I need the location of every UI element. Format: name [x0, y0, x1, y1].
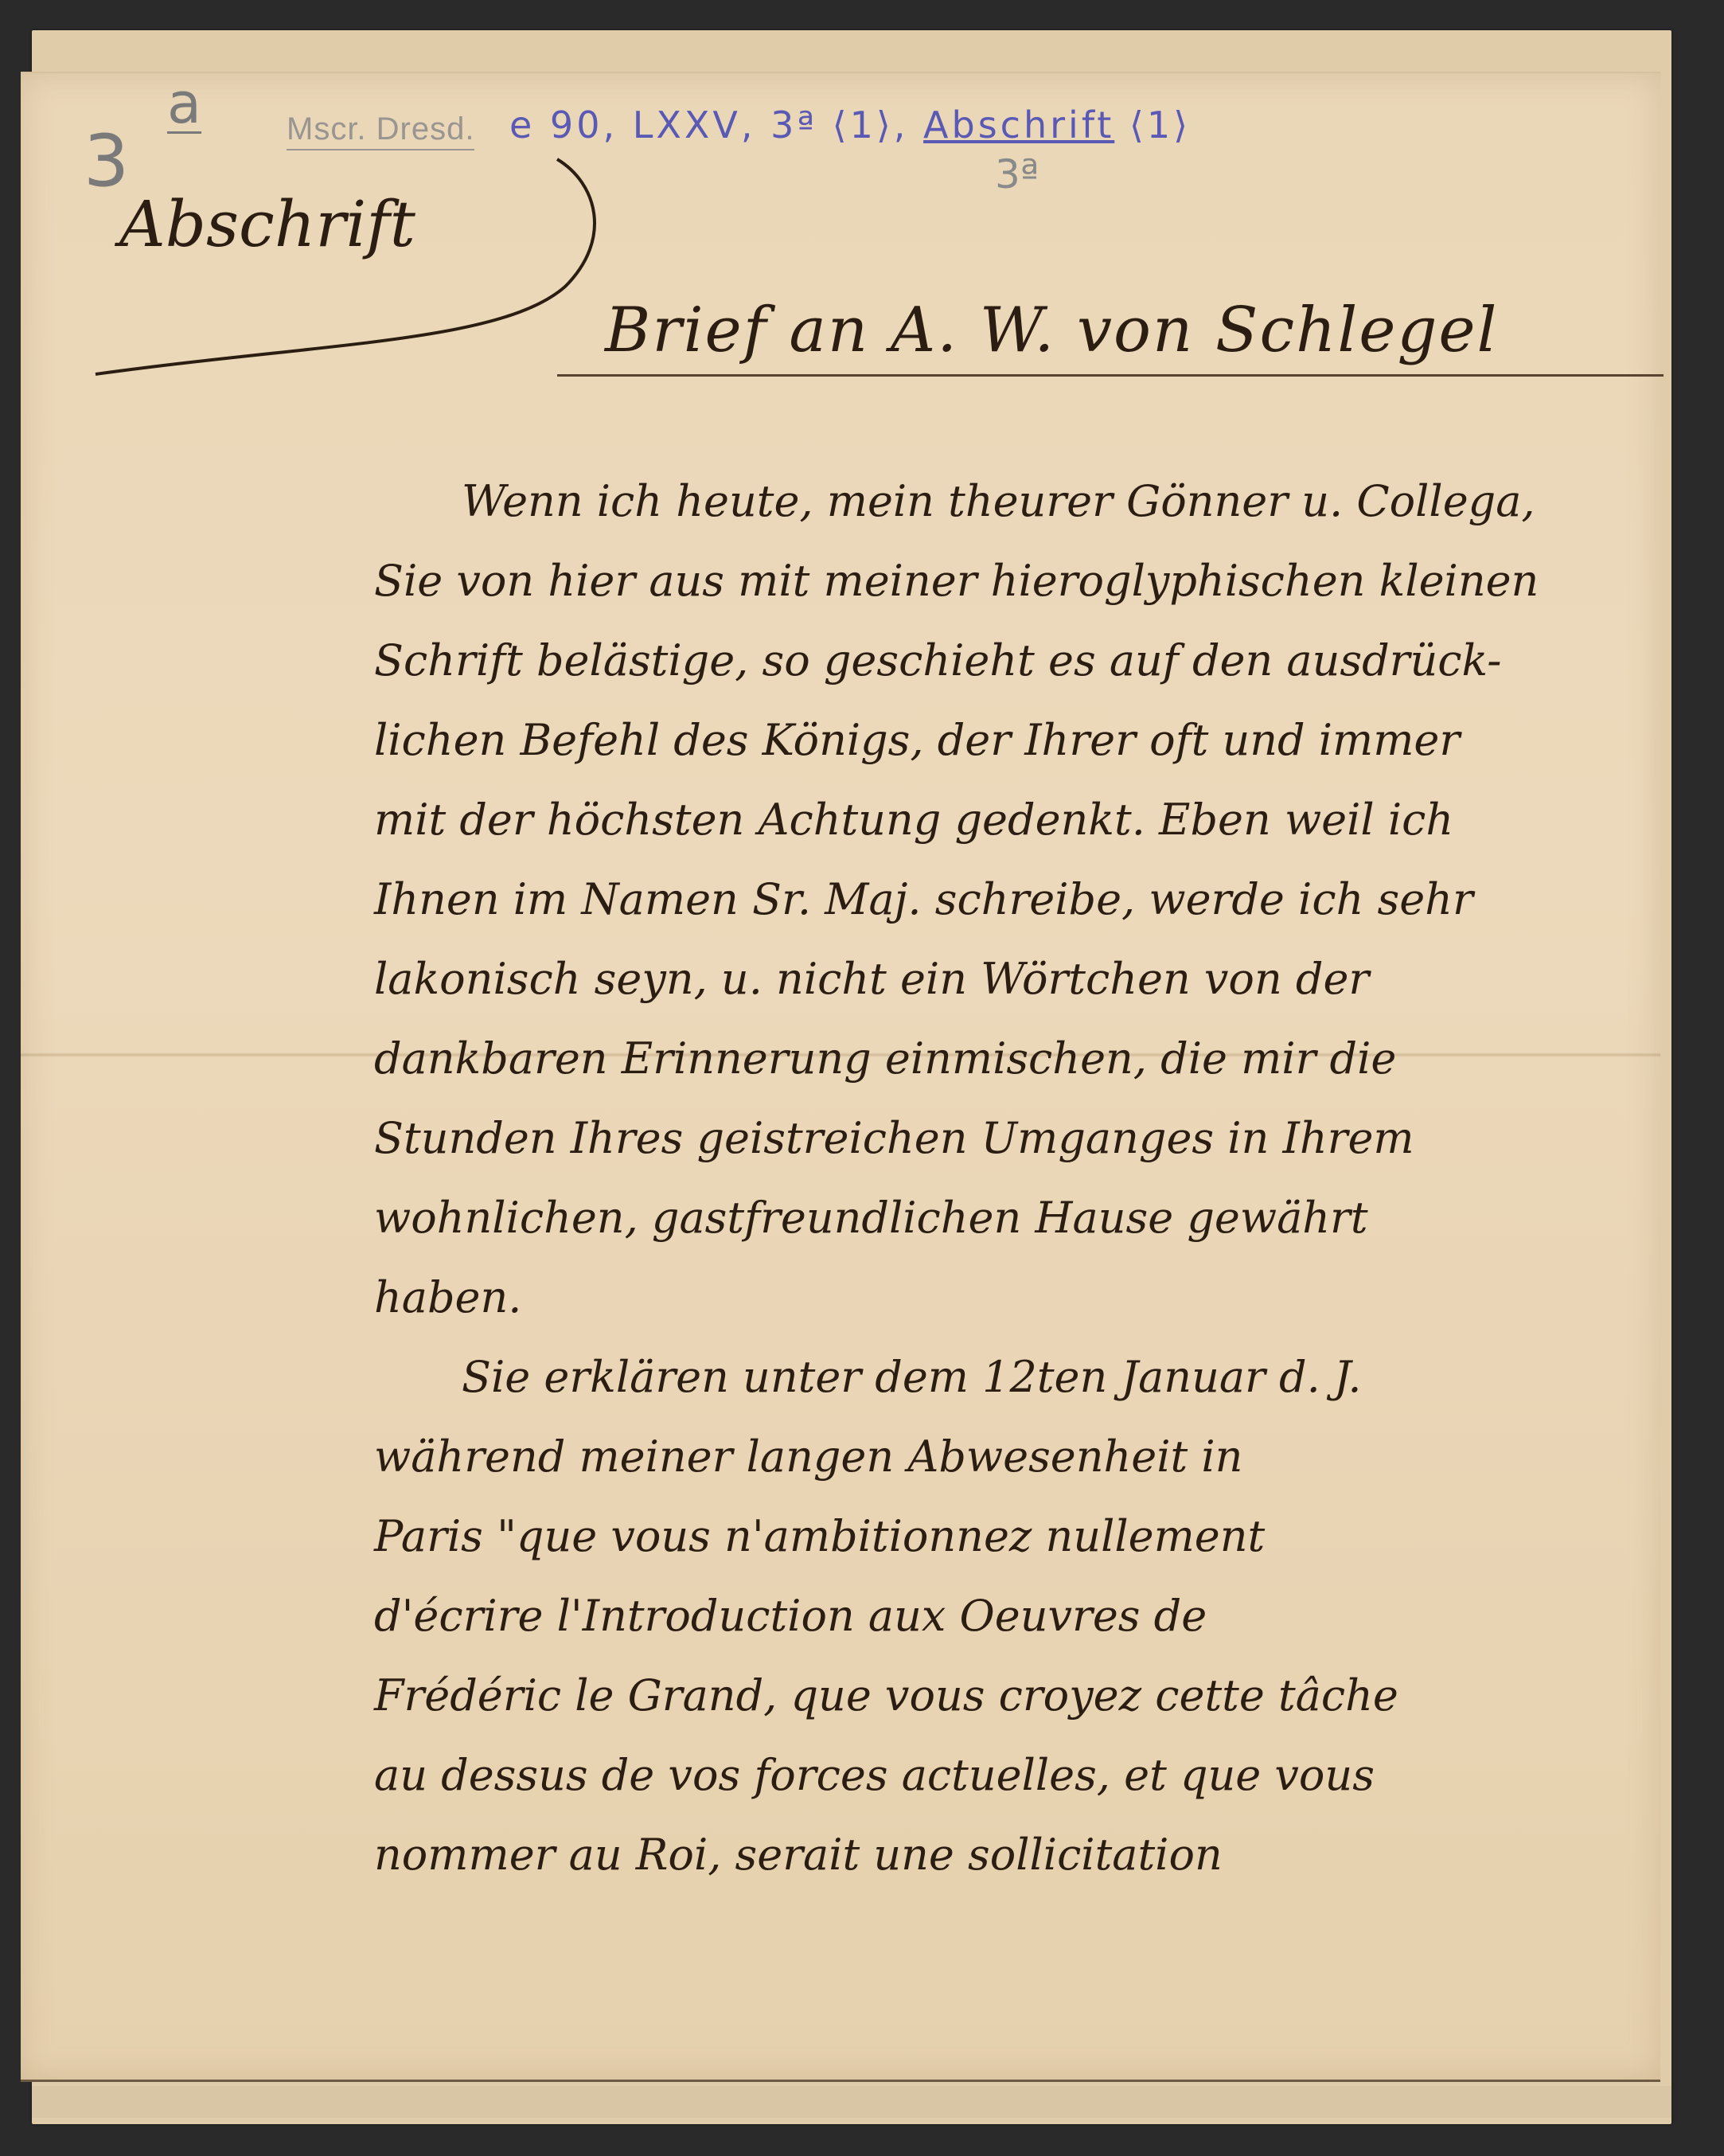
text-line: Sie erklären unter dem 12ten Januar d. J…	[374, 1338, 1648, 1417]
text-line: Schrift belästige, so geschieht es auf d…	[374, 621, 1648, 701]
text-line: dankbaren Erinnerung einmischen, die mir…	[374, 1019, 1648, 1099]
text-line: Sie von hier aus mit meiner hieroglyphis…	[374, 541, 1648, 621]
text-line: haben.	[374, 1258, 1648, 1338]
text-line: mit der höchsten Achtung gedenkt. Eben w…	[374, 780, 1648, 860]
pencil-folio-letter: a	[167, 76, 201, 134]
text-line: lichen Befehl des Königs, der Ihrer oft …	[374, 701, 1648, 780]
shelfmark-text: e 90, LXXV, 3ª ⟨1⟩,	[509, 104, 923, 146]
shelfmark-annotation: e 90, LXXV, 3ª ⟨1⟩, Abschrift ⟨1⟩	[509, 104, 1191, 146]
letter-body: Wenn ich heute, mein theurer Gönner u. C…	[374, 462, 1648, 1895]
text-line: nommer au Roi, serait une sollicitation	[374, 1815, 1648, 1895]
text-line: wohnlichen, gastfreundlichen Hause gewäh…	[374, 1178, 1648, 1258]
text-line: Wenn ich heute, mein theurer Gönner u. C…	[374, 462, 1648, 541]
shelfmark-tail: ⟨1⟩	[1114, 104, 1191, 146]
text-line: au dessus de vos forces actuelles, et qu…	[374, 1736, 1648, 1815]
back-sheet-bottom-edge	[32, 2086, 1671, 2118]
text-line: Paris "que vous n'ambitionnez nullement	[374, 1497, 1648, 1576]
title-underline	[557, 374, 1664, 377]
text-line: während meiner langen Abwesenheit in	[374, 1417, 1648, 1497]
shelfmark-abschrift: Abschrift	[923, 104, 1114, 146]
text-line: d'écrire l'Introduction aux Oeuvres de	[374, 1576, 1648, 1656]
text-line: lakonisch seyn, u. nicht ein Wörtchen vo…	[374, 939, 1648, 1019]
letter-title: Brief an A. W. von Schlegel	[605, 295, 1499, 366]
text-line: Frédéric le Grand, que vous croyez cette…	[374, 1656, 1648, 1736]
shelfmark-sub-number: 3ª	[995, 151, 1039, 197]
library-stamp: Mscr. Dresd.	[287, 111, 474, 150]
text-line: Stunden Ihres geistreichen Umganges in I…	[374, 1099, 1648, 1178]
abschrift-label: Abschrift	[119, 187, 415, 261]
text-line: Ihnen im Namen Sr. Maj. schreibe, werde …	[374, 860, 1648, 939]
